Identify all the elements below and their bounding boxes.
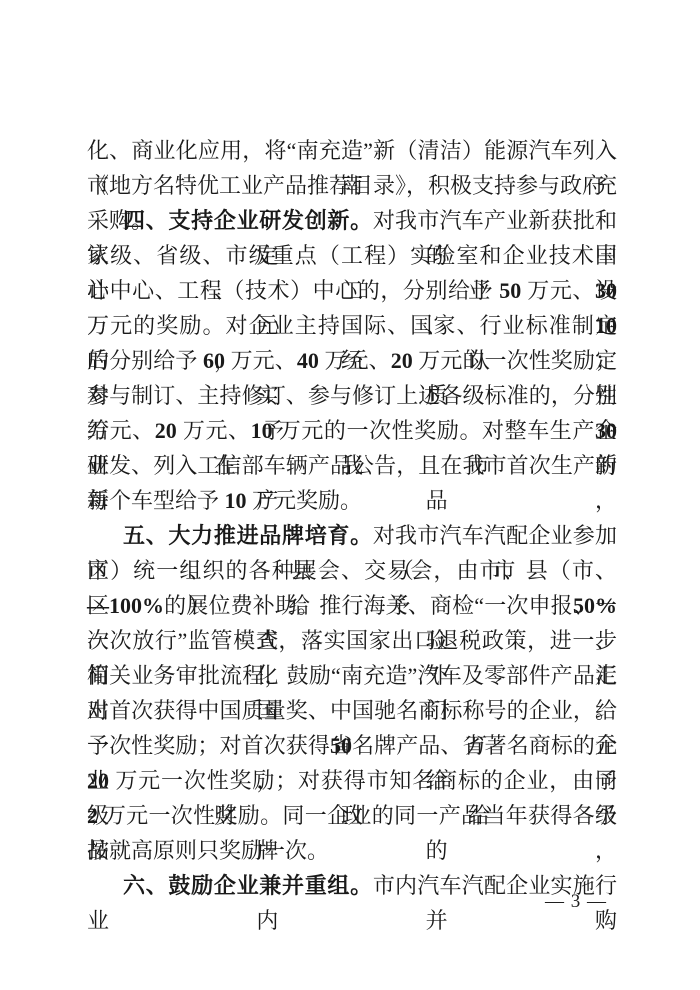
text-run: —100% bbox=[87, 593, 164, 618]
document-body: 化、商业化应用，将“南充造”新（清洁）能源汽车列入《南充市地方名特优工业产品推荐… bbox=[87, 133, 617, 903]
text-line: 区）统一组织的各种展会、交易会，由市、县（市、区）给予 50% bbox=[87, 553, 617, 588]
text-line: 计中心、工程（技术）中心的，分别给予 50 万元、30 万元、10 bbox=[87, 273, 617, 308]
text-line: 六、鼓励企业兼并重组。市内汽车汽配企业实施行业内并购 bbox=[87, 868, 617, 903]
text-line: 万元的奖励。对企业主持国际、国家、行业标准制定的，经认定 bbox=[87, 308, 617, 343]
text-line: 五、大力推进品牌培育。对我市汽车汽配企业参加市、县（市、 bbox=[87, 518, 617, 553]
text-run: 60 bbox=[203, 348, 225, 373]
text-run: 万元奖励。 bbox=[247, 488, 363, 513]
text-run: 2 bbox=[87, 803, 98, 828]
text-run: 后分别给予 bbox=[87, 348, 203, 373]
text-run: 20 bbox=[87, 768, 109, 793]
text-run: 每个车型给予 bbox=[87, 488, 225, 513]
text-run: 10 bbox=[251, 418, 273, 443]
text-run: 按就高原则只奖励一次。 bbox=[87, 838, 329, 863]
text-line: 一次性奖励；对首次获得省名牌产品、省著名商标的企业，给予 bbox=[87, 728, 617, 763]
text-run: 40 bbox=[297, 348, 319, 373]
text-line: 万元、20 万元、10 万元的一次性奖励。对整车生产企业在我市新 bbox=[87, 413, 617, 448]
text-run: 万元、 bbox=[521, 278, 595, 303]
text-line: 市地方名特优工业产品推荐目录》，积极支持参与政府采购。 bbox=[87, 168, 617, 203]
text-line: 研发、列入工信部车辆产品公告，且在我市首次生产的新产品， bbox=[87, 448, 617, 483]
text-run: 20 bbox=[155, 418, 177, 443]
text-line: 相关业务审批流程，鼓励“南充造”汽车及零部件产品走出国门。 bbox=[87, 658, 617, 693]
text-line: 化、商业化应用，将“南充造”新（清洁）能源汽车列入《南充 bbox=[87, 133, 617, 168]
text-line: —100%的展位费补助。推行海关、商检“一次申报、一次查验、 bbox=[87, 588, 617, 623]
section-heading: 四、支持企业研发创新。 bbox=[123, 208, 373, 233]
page-number: — 3 — bbox=[545, 891, 607, 913]
section-heading: 五、大力推进品牌培育。 bbox=[123, 523, 373, 548]
text-run: 10 bbox=[225, 488, 247, 513]
text-run: 万元、 bbox=[319, 348, 391, 373]
text-line: 一次放行”监管模式，落实国家出口退税政策，进一步简化外汇 bbox=[87, 623, 617, 658]
section-heading: 六、鼓励企业兼并重组。 bbox=[123, 873, 373, 898]
text-run: 30 bbox=[595, 278, 617, 303]
text-run: 万元、 bbox=[87, 418, 155, 443]
text-run: 万元、 bbox=[225, 348, 297, 373]
text-line: 后分别给予 60 万元、40 万元、20 万元的一次性奖励；对实质性 bbox=[87, 343, 617, 378]
text-line: 20 万元一次性奖励；对获得市知名商标的企业，由同级财政给予 bbox=[87, 763, 617, 798]
document-page: 化、商业化应用，将“南充造”新（清洁）能源汽车列入《南充市地方名特优工业产品推荐… bbox=[0, 0, 700, 990]
text-line: 四、支持企业研发创新。对我市汽车产业新获批和认定的国 bbox=[87, 203, 617, 238]
text-line: 参与制订、主持修订、参与修订上述各级标准的，分别给予 30 bbox=[87, 378, 617, 413]
text-run: 计中心、工程（技术）中心的，分别给予 bbox=[87, 278, 499, 303]
text-line: 2 万元一次性奖励。同一企业的同一产品当年获得各级品牌的， bbox=[87, 798, 617, 833]
text-line: 家级、省级、市级重点（工程）实验室和企业技术中心、工业设 bbox=[87, 238, 617, 273]
text-run: 50 bbox=[499, 278, 521, 303]
text-run: 20 bbox=[391, 348, 413, 373]
text-run: 万元、 bbox=[177, 418, 251, 443]
text-line: 对首次获得中国质量奖、中国驰名商标称号的企业，给予 50 万元 bbox=[87, 693, 617, 728]
